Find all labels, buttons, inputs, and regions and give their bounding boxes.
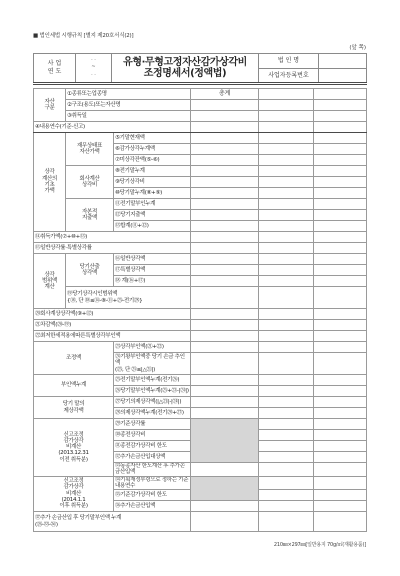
data-cell xyxy=(259,122,314,133)
data-cell xyxy=(314,221,367,232)
data-cell xyxy=(259,452,314,463)
form-title: 유형·무형고정자산감가상각비 조정명세서(정액법) xyxy=(112,54,259,84)
group-bs-asset-value: 재무상태표 자산가액 xyxy=(66,133,114,166)
data-cell xyxy=(259,166,314,177)
data-cell xyxy=(191,265,259,276)
data-cell xyxy=(191,100,259,111)
row-label-06: ⑥감가상각누계액 xyxy=(114,144,191,155)
shaded-cell xyxy=(191,419,259,463)
data-cell xyxy=(314,122,367,133)
data-cell xyxy=(259,512,314,532)
data-cell xyxy=(314,210,367,221)
row-label-37: ㊲추가 손금산입 후 당기말부인액 누계 (㉖-㉝-㊱) xyxy=(34,512,191,532)
data-cell xyxy=(259,320,314,331)
data-cell xyxy=(191,287,259,309)
data-cell xyxy=(259,243,314,254)
group-company-depreciation: 회사계산 상각비 xyxy=(66,166,114,199)
data-cell xyxy=(191,122,259,133)
data-cell xyxy=(314,133,367,144)
data-cell xyxy=(314,243,367,254)
data-cell xyxy=(191,133,259,144)
row-label-26: ㉖당기말부인액누계(㉕+㉓-|㉔|) xyxy=(114,386,191,397)
row-label-16: ⑯일반상각액 xyxy=(114,254,191,265)
row-label-20: ⑳회사계상상각액(⑨+⑫) xyxy=(34,309,191,320)
row-label-09: ⑨당기상각비 xyxy=(114,177,191,188)
data-cell xyxy=(314,430,367,441)
paper-size-footer: 210㎜×297㎜[일반용지 70g/㎡(재활용품)] xyxy=(274,541,366,548)
data-cell xyxy=(259,375,314,386)
data-cell xyxy=(314,166,367,177)
row-label-01: ①종류또는업종명 xyxy=(66,89,191,100)
data-cell xyxy=(259,441,314,452)
data-cell xyxy=(314,375,367,386)
data-cell xyxy=(259,490,314,501)
row-label-23: ㉓상각부인액(㉑+㉒) xyxy=(114,342,191,353)
row-label-31: ㉛종전감가상각비 한도 xyxy=(114,441,191,452)
row-label-03: ③취득일 xyxy=(66,111,191,122)
data-cell xyxy=(314,111,367,122)
data-cell xyxy=(314,254,367,265)
data-cell xyxy=(191,320,259,331)
data-cell xyxy=(314,155,367,166)
data-cell xyxy=(259,89,314,100)
group-adjustment: 조정액 xyxy=(34,342,114,375)
data-cell xyxy=(259,133,314,144)
data-cell xyxy=(191,276,259,287)
data-cell xyxy=(314,177,367,188)
data-cell xyxy=(314,397,367,408)
data-cell xyxy=(259,100,314,111)
data-cell xyxy=(259,232,314,243)
data-cell xyxy=(259,276,314,287)
data-cell xyxy=(191,177,259,188)
row-label-04: ④내용연수(기준·신고) xyxy=(34,122,191,133)
data-cell xyxy=(191,342,259,353)
row-label-32: ㉜추가손금산입대상액 xyxy=(114,452,191,463)
group-disallowed-accumulation: 부인액누계 xyxy=(34,375,114,397)
data-cell xyxy=(259,408,314,419)
row-label-27: ㉗당기의제상각액(|△㉑|-|㉔|) xyxy=(114,397,191,408)
row-label-29: ㉙기준상각률 xyxy=(114,419,191,430)
data-cell xyxy=(191,199,259,210)
row-label-18: ⑱ 계(⑯+⑰) xyxy=(114,276,191,287)
data-cell xyxy=(191,221,259,232)
data-cell xyxy=(191,512,259,532)
row-label-02: ②구조(용도)또는자산명 xyxy=(66,100,191,111)
data-cell xyxy=(259,210,314,221)
data-cell xyxy=(259,419,314,430)
data-cell xyxy=(314,309,367,320)
data-cell xyxy=(314,452,367,463)
total-column-header: 총계 xyxy=(191,89,259,100)
data-cell xyxy=(259,188,314,199)
form-header-table: 사 업 연 도 · · ~ · · 유형·무형고정자산감가상각비 조정명세서(정… xyxy=(33,53,367,85)
shaded-cell xyxy=(191,476,259,501)
row-label-13: ⑬합계(⑪+⑫) xyxy=(114,221,191,232)
data-cell xyxy=(259,342,314,353)
data-cell xyxy=(314,476,367,490)
business-year-period: · · ~ · · xyxy=(76,54,112,84)
data-cell xyxy=(259,397,314,408)
data-cell xyxy=(259,265,314,276)
data-cell xyxy=(191,386,259,397)
data-cell xyxy=(314,490,367,501)
row-label-30: ㉚종전상각비 xyxy=(114,430,191,441)
data-cell xyxy=(314,276,367,287)
data-cell xyxy=(191,188,259,199)
row-label-05: ⑤기말현재액 xyxy=(114,133,191,144)
data-cell xyxy=(314,408,367,419)
data-cell xyxy=(314,353,367,375)
data-cell xyxy=(191,331,259,342)
data-cell xyxy=(314,386,367,397)
row-label-12: ⑫당기지출액 xyxy=(114,210,191,221)
data-cell xyxy=(259,199,314,210)
data-cell xyxy=(259,309,314,320)
data-cell xyxy=(191,155,259,166)
data-cell xyxy=(191,111,259,122)
row-label-08: ⑧전기말누계 xyxy=(114,166,191,177)
row-label-28: ㉘의제상각액누계(전기㉘+㉗) xyxy=(114,408,191,419)
row-label-14: ⑭취득가액(⑦+⑩+⑬) xyxy=(34,232,191,243)
group-pre2014-adjustment: 신고조정 감가상각 비계산 (2013.12.31 이전 취득분) xyxy=(34,419,114,477)
data-cell xyxy=(314,463,367,477)
data-cell xyxy=(191,375,259,386)
row-label-35: ㉟기준감가상각비 한도 xyxy=(114,490,191,501)
row-label-24: ㉔기왕부인액중 당기 손금 추인액 (㉕, 단 ㉕≤|△㉑|) xyxy=(114,353,191,375)
data-cell xyxy=(314,265,367,276)
data-cell xyxy=(259,177,314,188)
form-page: ■ 법인세법 시행규칙 [별지 제20호서식(2)] (앞 쪽) 사 업 연 도… xyxy=(0,0,400,576)
data-cell xyxy=(259,476,314,490)
data-cell xyxy=(314,287,367,309)
data-cell xyxy=(259,463,314,477)
front-page-marker: (앞 쪽) xyxy=(349,43,366,51)
data-cell xyxy=(314,501,367,512)
row-label-25: ㉕전기말부인액누계(전기㉖) xyxy=(114,375,191,386)
data-cell xyxy=(191,501,259,512)
data-cell xyxy=(191,397,259,408)
data-cell xyxy=(259,430,314,441)
data-cell xyxy=(259,254,314,265)
data-cell xyxy=(314,320,367,331)
data-cell xyxy=(191,254,259,265)
data-cell xyxy=(191,408,259,419)
data-cell xyxy=(191,309,259,320)
data-cell xyxy=(259,221,314,232)
corp-name-value xyxy=(319,54,367,69)
data-cell xyxy=(191,243,259,254)
data-cell xyxy=(191,353,259,375)
row-label-11: ⑪전기말부인누계 xyxy=(114,199,191,210)
reg-no-value xyxy=(319,69,367,84)
data-cell xyxy=(259,155,314,166)
group-current-calculated: 당기산출 상각액 xyxy=(66,254,114,287)
depreciation-table: 자산 구분 ①종류또는업종명 총계 ②구조(용도)또는자산명 ③취득일 ④내용연… xyxy=(33,88,367,532)
data-cell xyxy=(314,100,367,111)
group-deemed-depreciation: 당기 말의 제상각액 xyxy=(34,397,114,419)
data-cell xyxy=(259,386,314,397)
data-cell xyxy=(259,144,314,155)
data-cell xyxy=(191,144,259,155)
statute-note: ■ 법인세법 시행규칙 [별지 제20호서식(2)] xyxy=(33,31,133,39)
data-cell xyxy=(191,463,259,477)
row-label-07: ⑦미상각잔액(⑤-⑥) xyxy=(114,155,191,166)
row-label-22: ㉒최저한세적용에따른특별상각부인액 xyxy=(34,331,191,342)
data-cell xyxy=(259,331,314,342)
row-label-21: ㉑차감액(⑳-⑲) xyxy=(34,320,191,331)
group-capital-expenditure: 자본적 지출액 xyxy=(66,199,114,232)
data-cell xyxy=(314,89,367,100)
data-cell xyxy=(191,166,259,177)
group-basis-amount: 상각 계산의 기초 가액 xyxy=(34,133,66,232)
data-cell xyxy=(314,441,367,452)
group-asset-class: 자산 구분 xyxy=(34,89,66,122)
data-cell xyxy=(259,287,314,309)
data-cell xyxy=(191,210,259,221)
row-label-19: ⑲당기상각시인범위액 {⑱, 단 ⑱≤⑭-⑧-⑪+㉕-전기㉘} xyxy=(66,287,191,309)
row-label-17: ⑰특별상각액 xyxy=(114,265,191,276)
group-post2014-adjustment: 신고조정 감가상각 비계산 (2014.1.1 이후 취득분) xyxy=(34,476,114,512)
data-cell xyxy=(314,331,367,342)
data-cell xyxy=(314,199,367,210)
data-cell xyxy=(314,512,367,532)
data-cell xyxy=(259,501,314,512)
row-label-33: ㉝동종자산 한도계산 후 추가손금산입액 xyxy=(114,463,191,477)
group-depreciation-scope: 상각 범위액 계산 xyxy=(34,254,66,309)
business-year-label: 사 업 연 도 xyxy=(34,54,76,84)
row-label-36: ㊱추가손금산입액 xyxy=(114,501,191,512)
data-cell xyxy=(314,144,367,155)
data-cell xyxy=(314,188,367,199)
row-label-10: ⑩당기말누계(⑧+⑨) xyxy=(114,188,191,199)
data-cell xyxy=(259,353,314,375)
data-cell xyxy=(314,232,367,243)
row-label-15: ⑮일반상각률·특별상각률 xyxy=(34,243,191,254)
corp-name-label: 법 인 명 xyxy=(259,54,319,69)
data-cell xyxy=(314,419,367,430)
row-label-34: ㉞기획재정부령으로 정하는 기준내용연수 xyxy=(114,476,191,490)
reg-no-label: 사업자등록번호 xyxy=(259,69,319,84)
data-cell xyxy=(191,232,259,243)
data-cell xyxy=(259,111,314,122)
data-cell xyxy=(314,342,367,353)
